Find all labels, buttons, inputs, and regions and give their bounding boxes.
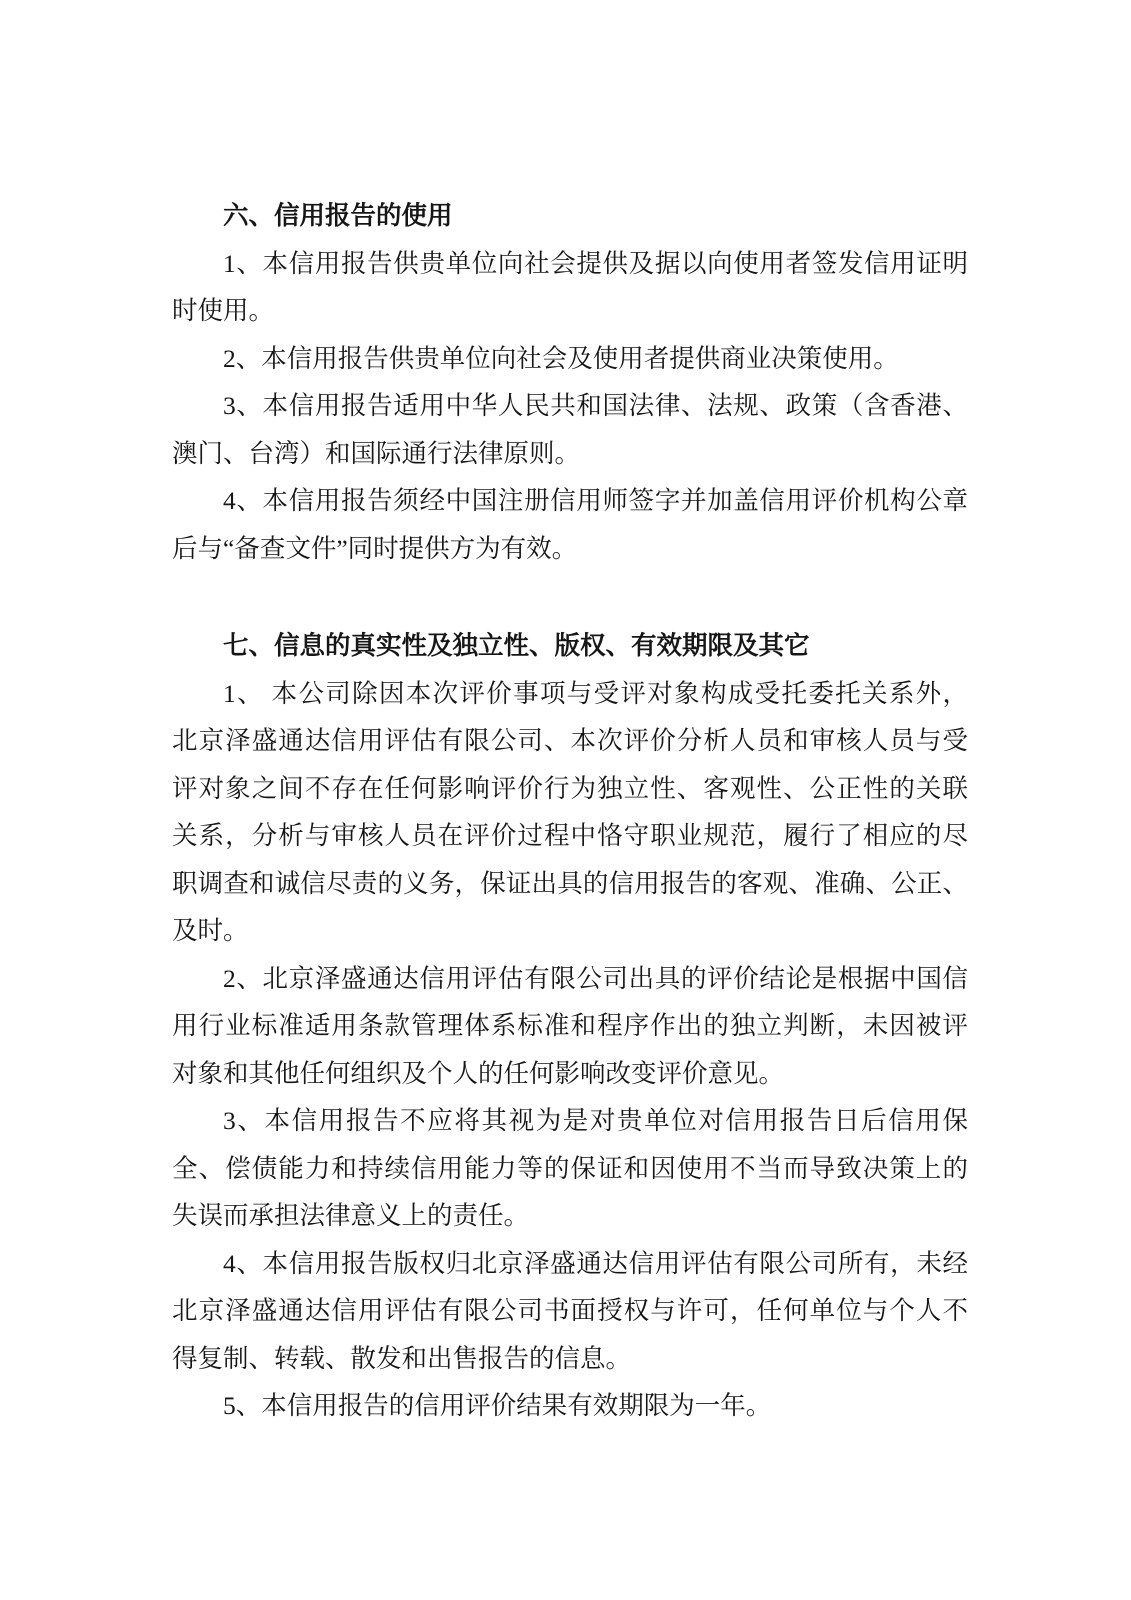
section-six-heading: 六、信用报告的使用	[172, 192, 968, 240]
text-line: 3、本信用报告适用中华人民共和国法律、法规、政策（含香港、	[172, 382, 968, 430]
text-line: 全、偿债能力和持续信用能力等的保证和因使用不当而导致决策上的	[172, 1145, 968, 1193]
text-line: 北京泽盛通达信用评估有限公司、本次评价分析人员和审核人员与受	[172, 717, 968, 765]
text-line: 关系，分析与审核人员在评价过程中恪守职业规范，履行了相应的尽	[172, 812, 968, 860]
text-line: 对象和其他任何组织及个人的任何影响改变评价意见。	[172, 1050, 968, 1098]
text-line: 5、本信用报告的信用评价结果有效期限为一年。	[172, 1382, 968, 1430]
section-seven-heading: 七、信息的真实性及独立性、版权、有效期限及其它	[172, 622, 968, 670]
text-line: 2、北京泽盛通达信用评估有限公司出具的评价结论是根据中国信	[172, 955, 968, 1003]
text-line: 职调查和诚信尽责的义务，保证出具的信用报告的客观、准确、公正、	[172, 860, 968, 908]
content-area: 六、信用报告的使用 1、本信用报告供贵单位向社会提供及据以向使用者签发信用证明 …	[172, 192, 968, 1430]
text-line: 北京泽盛通达信用评估有限公司书面授权与许可，任何单位与个人不	[172, 1287, 968, 1335]
text-line: 4、本信用报告版权归北京泽盛通达信用评估有限公司所有，未经	[172, 1240, 968, 1288]
section-six: 六、信用报告的使用 1、本信用报告供贵单位向社会提供及据以向使用者签发信用证明 …	[172, 192, 968, 572]
paragraph: 1、本信用报告供贵单位向社会提供及据以向使用者签发信用证明 时使用。	[172, 240, 968, 335]
text-line: 3、本信用报告不应将其视为是对贵单位对信用报告日后信用保	[172, 1097, 968, 1145]
text-line: 后与“备查文件”同时提供方为有效。	[172, 525, 968, 573]
text-line: 1、 本公司除因本次评价事项与受评对象构成受托委托关系外，	[172, 670, 968, 718]
text-line: 1、本信用报告供贵单位向社会提供及据以向使用者签发信用证明	[172, 240, 968, 288]
paragraph: 3、本信用报告适用中华人民共和国法律、法规、政策（含香港、 澳门、台湾）和国际通…	[172, 382, 968, 477]
text-line: 及时。	[172, 907, 968, 955]
paragraph: 2、北京泽盛通达信用评估有限公司出具的评价结论是根据中国信 用行业标准适用条款管…	[172, 955, 968, 1098]
text-line: 评对象之间不存在任何影响评价行为独立性、客观性、公正性的关联	[172, 765, 968, 813]
section-seven: 七、信息的真实性及独立性、版权、有效期限及其它 1、 本公司除因本次评价事项与受…	[172, 622, 968, 1430]
text-line: 用行业标准适用条款管理体系标准和程序作出的独立判断，未因被评	[172, 1002, 968, 1050]
paragraph: 4、本信用报告须经中国注册信用师签字并加盖信用评价机构公章 后与“备查文件”同时…	[172, 477, 968, 572]
text-line: 澳门、台湾）和国际通行法律原则。	[172, 430, 968, 478]
text-line: 时使用。	[172, 287, 968, 335]
paragraph: 4、本信用报告版权归北京泽盛通达信用评估有限公司所有，未经 北京泽盛通达信用评估…	[172, 1240, 968, 1383]
text-line: 失误而承担法律意义上的责任。	[172, 1192, 968, 1240]
paragraph: 2、本信用报告供贵单位向社会及使用者提供商业决策使用。	[172, 335, 968, 383]
paragraph: 1、 本公司除因本次评价事项与受评对象构成受托委托关系外， 北京泽盛通达信用评估…	[172, 670, 968, 955]
text-line: 2、本信用报告供贵单位向社会及使用者提供商业决策使用。	[172, 335, 968, 383]
text-line: 4、本信用报告须经中国注册信用师签字并加盖信用评价机构公章	[172, 477, 968, 525]
paragraph: 5、本信用报告的信用评价结果有效期限为一年。	[172, 1382, 968, 1430]
paragraph: 3、本信用报告不应将其视为是对贵单位对信用报告日后信用保 全、偿债能力和持续信用…	[172, 1097, 968, 1240]
document-page: 六、信用报告的使用 1、本信用报告供贵单位向社会提供及据以向使用者签发信用证明 …	[0, 0, 1131, 1600]
text-line: 得复制、转载、散发和出售报告的信息。	[172, 1335, 968, 1383]
